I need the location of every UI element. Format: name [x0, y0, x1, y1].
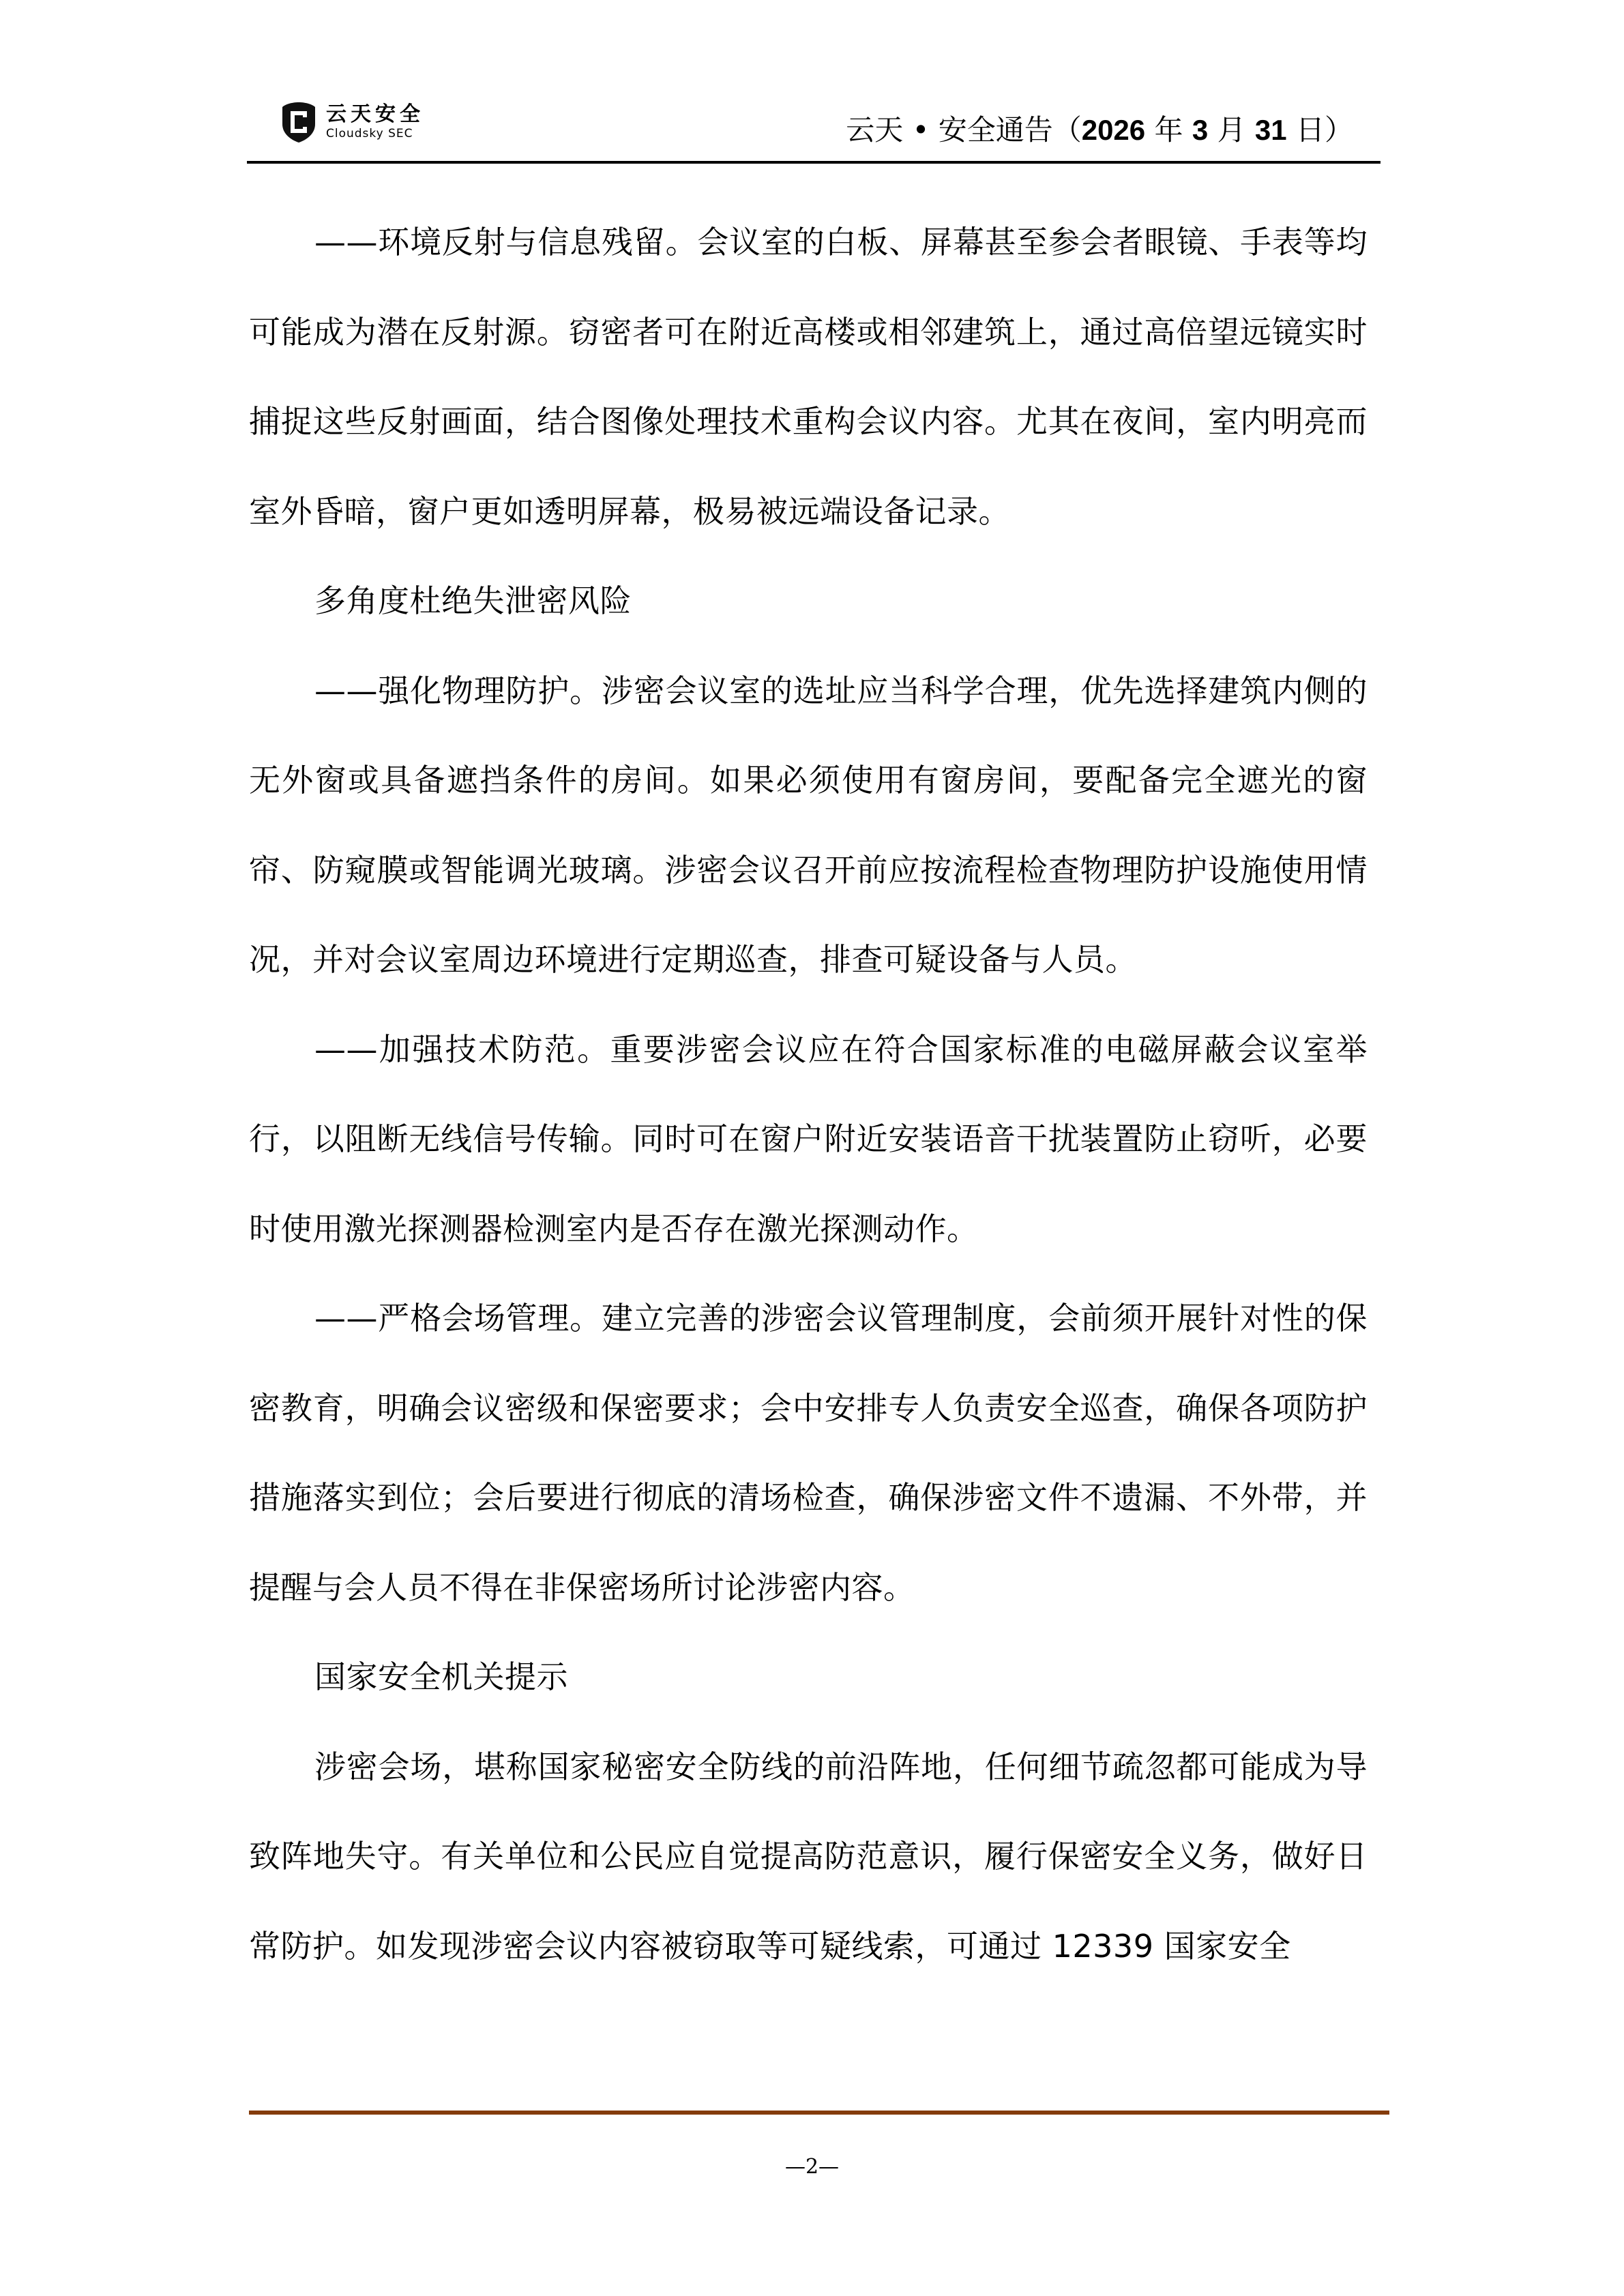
paragraph-venue-management: ——严格会场管理。建立完善的涉密会议管理制度，会前须开展针对性的保密教育，明确会… [249, 1274, 1368, 1632]
title-month: 3 [1192, 114, 1208, 146]
page-header: 云天安全 Cloudsky SEC 云天 • 安全通告（2026 年 3 月 3… [247, 89, 1381, 164]
brand-logo: 云天安全 Cloudsky SEC [281, 101, 424, 143]
brand-name-cn: 云天安全 [326, 103, 424, 126]
page-number: —2— [0, 2155, 1624, 2179]
shield-c-icon [281, 101, 316, 143]
paragraph-reflection-risk: ——环境反射与信息残留。会议室的白板、屏幕甚至参会者眼镜、手表等均可能成为潜在反… [249, 198, 1368, 556]
paragraph-physical-protection: ——强化物理防护。涉密会议室的选址应当科学合理，优先选择建筑内侧的无外窗或具备遮… [249, 646, 1368, 1005]
title-day-suffix: 日） [1287, 113, 1353, 147]
title-day: 31 [1255, 114, 1287, 146]
header-divider [247, 161, 1381, 164]
title-year: 2026 [1082, 114, 1145, 146]
footer-divider [249, 2111, 1389, 2115]
section-heading-prevention: 多角度杜绝失泄密风险 [249, 556, 1368, 646]
title-year-suffix: 年 [1145, 113, 1192, 147]
document-body: ——环境反射与信息残留。会议室的白板、屏幕甚至参会者眼镜、手表等均可能成为潜在反… [249, 198, 1368, 1991]
brand-name-en: Cloudsky SEC [326, 126, 424, 141]
title-month-suffix: 月 [1208, 113, 1255, 147]
bulletin-title: 云天 • 安全通告（2026 年 3 月 31 日） [846, 113, 1353, 147]
section-heading-authority-notice: 国家安全机关提示 [249, 1632, 1368, 1723]
paragraph-authority-notice: 涉密会场，堪称国家秘密安全防线的前沿阵地，任何细节疏忽都可能成为导致阵地失守。有… [249, 1723, 1368, 1992]
paragraph-technical-prevention: ——加强技术防范。重要涉密会议应在符合国家标准的电磁屏蔽会议室举行，以阻断无线信… [249, 1005, 1368, 1274]
title-prefix: 云天 • 安全通告（ [846, 113, 1081, 147]
